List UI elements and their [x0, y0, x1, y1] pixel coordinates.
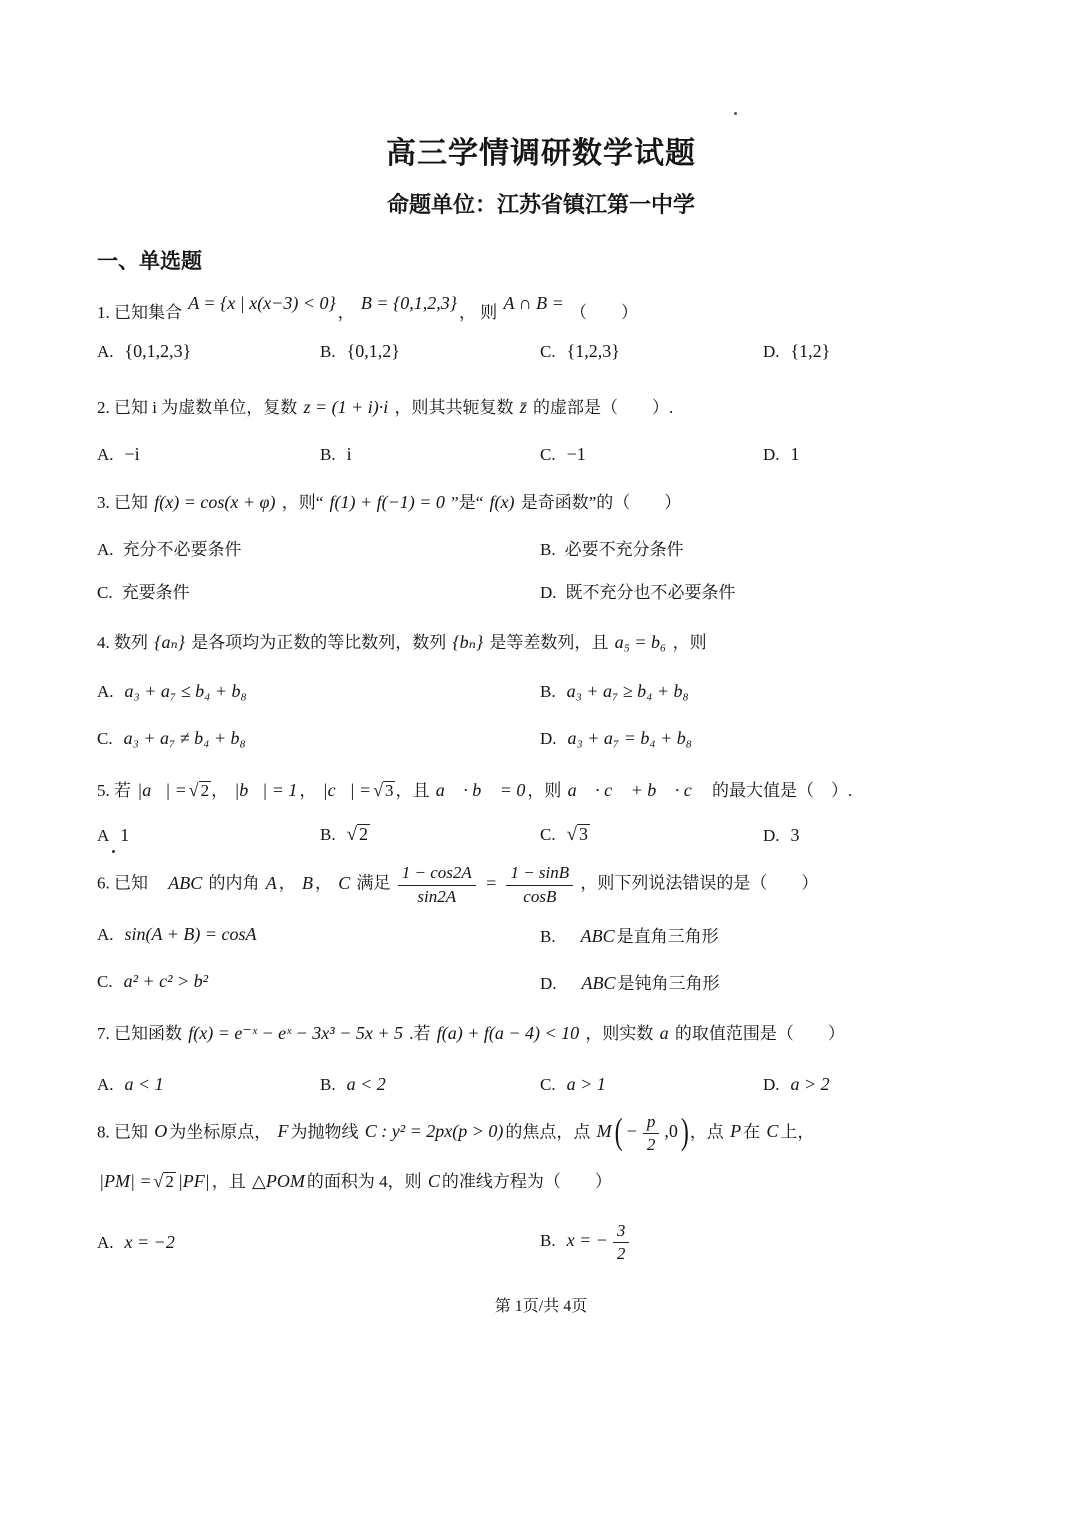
option-math: ABC	[579, 926, 617, 946]
stem-text: 是等差数列，且	[489, 633, 608, 652]
math-vector-c-norm: |c⃗| =	[321, 780, 374, 800]
math-triangle-pom: △POM	[250, 1171, 307, 1191]
math-curve-c: C	[426, 1171, 442, 1191]
option-value: a > 1	[565, 1074, 608, 1094]
radical-sign: √	[154, 1171, 164, 1191]
answer-blank: ，则下列说法错误的是（ ）	[580, 874, 818, 893]
option-label: D.	[763, 826, 780, 845]
fraction-3-over-2: 32	[610, 1220, 633, 1265]
answer-blank: 的虚部是（ ）.	[533, 398, 673, 417]
option-c: C.√3	[540, 824, 763, 846]
fraction-numerator: 3	[613, 1220, 630, 1242]
option-label: A.	[97, 925, 114, 944]
stem-text: 8. 已知	[97, 1122, 148, 1141]
option-label: B.	[320, 825, 336, 844]
option-b: B.ABC是直角三角形	[540, 922, 985, 947]
option-b: B.a < 2	[320, 1074, 540, 1095]
sqrt-radical: √3	[565, 824, 592, 844]
option-value: a > 2	[789, 1074, 832, 1094]
question-1-options: A.{0,1,2,3} B.{0,1,2} C.{1,2,3} D.{1,2}	[97, 341, 985, 362]
math-focus-f: F	[276, 1121, 291, 1141]
stem-text: 则	[480, 303, 497, 322]
stem-text: ”是“	[451, 493, 483, 512]
option-d: D.既不充分也不必要条件	[540, 578, 985, 603]
question-3: 3. 已知 f(x) = cos(x + φ) ，则“ f(1) + f(−1)…	[97, 489, 985, 603]
question-7: 7. 已知函数 f(x) = e⁻ˣ − eˣ − 3x³ − 5x + 5 .…	[97, 1020, 985, 1095]
math-var-a: a	[658, 1023, 671, 1043]
radical-sign: √	[567, 824, 577, 845]
fraction-right: 1 − sinBcosB	[503, 862, 576, 907]
option-math: ABC	[580, 973, 618, 993]
minus-sign: −	[624, 1121, 640, 1141]
option-label: D.	[540, 974, 557, 993]
stem-text: 的面积为 4，则	[307, 1172, 422, 1191]
option-value: 充分不必要条件	[123, 540, 242, 559]
option-d: D.ABC是钝角三角形	[540, 969, 985, 994]
stem-text: 4. 数列	[97, 633, 148, 652]
option-d: D.3	[763, 825, 985, 846]
stem-text: 5. 若	[97, 781, 131, 800]
sqrt-radical: √2	[154, 1172, 176, 1191]
math-function: f(x) = cos(x + φ)	[152, 492, 277, 512]
option-math: sin(A + B) = cosA	[123, 924, 259, 944]
math-angle-a: A	[264, 873, 279, 893]
answer-blank: 的最大值是（ ）.	[712, 781, 852, 800]
math-pf: |PF|	[176, 1171, 212, 1191]
option-label: C.	[540, 445, 556, 464]
option-a: A.a₃ + a₇ ≤ b₄ + b₈	[97, 681, 540, 702]
option-text: 是直角三角形	[617, 927, 719, 946]
stem-text: ，且	[395, 781, 429, 800]
option-label: B.	[320, 342, 336, 361]
fraction-numerator: p	[643, 1111, 660, 1133]
option-label: C.	[540, 1075, 556, 1094]
option-d: D.a₃ + a₇ = b₄ + b₈	[540, 728, 985, 749]
radical-sign: √	[347, 824, 357, 845]
option-label: A.	[97, 1233, 114, 1252]
question-8-stem-line1: 8. 已知 O为坐标原点， F为抛物线 C : y² = 2px(p > 0)的…	[97, 1111, 985, 1156]
option-a: A1	[97, 825, 320, 846]
math-triangle-abc: ABC	[166, 873, 204, 893]
question-8-stem-line2: |PM| =√2|PF|，且 △POM的面积为 4，则 C的准线方程为（ ）	[97, 1168, 985, 1196]
question-2-options: A.−i B.i C.−1 D.1	[97, 444, 985, 465]
comma: ，	[279, 874, 296, 893]
stem-text: 为坐标原点，	[169, 1122, 271, 1141]
sqrt-radical: √3	[373, 781, 395, 800]
option-math: a² + c² > b²	[122, 971, 210, 991]
option-text: 是钝角三角形	[618, 974, 720, 993]
answer-blank: 的取值范围是（ ）	[675, 1024, 845, 1043]
section-heading: 一、单选题	[97, 245, 985, 275]
math-point-p: P	[728, 1121, 743, 1141]
answer-blank: 是奇函数”的（ ）	[521, 493, 682, 512]
math-set-b: B = {0,1,2,3}	[359, 290, 459, 318]
stem-text: 满足	[357, 874, 391, 893]
question-7-stem: 7. 已知函数 f(x) = e⁻ˣ − eˣ − 3x³ − 5x + 5 .…	[97, 1020, 985, 1048]
comma: ，	[315, 874, 332, 893]
radicand: 2	[199, 781, 212, 801]
option-c: C.−1	[540, 444, 763, 465]
option-c: C.a² + c² > b²	[97, 971, 540, 992]
question-5: 5. 若 |a⃗| =√2， |b⃗| = 1， |c⃗| =√3，且 a⃗ ·…	[97, 777, 985, 847]
radical-sign: √	[373, 780, 383, 800]
question-1: 1. 已知集合 A = {x | x(x−3) < 0}， B = {0,1,2…	[97, 299, 985, 362]
math-condition: f(1) + f(−1) = 0	[328, 492, 447, 512]
option-b: B.{0,1,2}	[320, 341, 540, 362]
fraction-denominator: cosB	[506, 885, 573, 908]
fraction-p-over-2: p2	[640, 1111, 663, 1156]
math-conjugate: z̄	[518, 397, 529, 417]
fraction-denominator: 2	[643, 1133, 660, 1156]
option-value: −1	[565, 444, 588, 464]
math-pm-equals: |PM| =	[97, 1171, 154, 1191]
option-label: C.	[540, 342, 556, 361]
option-label: B.	[540, 540, 556, 559]
comma: ，	[211, 781, 228, 800]
option-value: {0,1,2}	[345, 341, 402, 361]
math-origin-o: O	[152, 1121, 169, 1141]
option-label: A.	[97, 540, 114, 559]
option-value: a₃ + a₇ = b₄ + b₈	[566, 728, 694, 748]
stem-text: 上，	[780, 1122, 814, 1141]
question-3-options-row1: A.充分不必要条件 B.必要不充分条件	[97, 535, 985, 560]
big-paren-open: (	[614, 1104, 624, 1162]
question-8-options: A.x = −2 B.x = −32	[97, 1220, 985, 1265]
question-2: 2. 已知 i 为虚数单位，复数 z = (1 + i)·i ，则其共轭复数 z…	[97, 394, 985, 465]
option-value: a₃ + a₇ ≥ b₄ + b₈	[565, 681, 691, 701]
option-label: A.	[97, 1075, 114, 1094]
math-function-def: f(x) = e⁻ˣ − eˣ − 3x³ − 5x + 5	[186, 1023, 405, 1043]
stray-dot-artifact	[112, 850, 115, 853]
option-label: B.	[540, 927, 556, 946]
option-label: B.	[540, 682, 556, 701]
stem-text: ，则其共轭复数	[395, 398, 514, 417]
option-b: B.a₃ + a₇ ≥ b₄ + b₈	[540, 681, 985, 702]
question-3-options-row2: C.充要条件 D.既不充分也不必要条件	[97, 578, 985, 603]
radicand: 2	[357, 824, 370, 845]
option-b: B.√2	[320, 824, 540, 846]
stem-text: 3. 已知	[97, 493, 148, 512]
math-parabola: C : y² = 2px(p > 0)	[363, 1121, 506, 1141]
footer-page-number: 第 1页/共 4页	[97, 1293, 985, 1316]
option-d: D.{1,2}	[763, 341, 985, 362]
question-7-options: A.a < 1 B.a < 2 C.a > 1 D.a > 2	[97, 1074, 985, 1095]
option-value: {1,2,3}	[565, 341, 622, 361]
option-b: B.i	[320, 444, 540, 465]
math-intersection: A ∩ B =	[501, 290, 565, 318]
question-1-stem: 1. 已知集合 A = {x | x(x−3) < 0}， B = {0,1,2…	[97, 299, 985, 327]
option-label: D.	[763, 342, 780, 361]
option-label: B.	[320, 1075, 336, 1094]
fraction-denominator: 2	[613, 1242, 630, 1265]
stem-text: ，则“	[282, 493, 324, 512]
equals-sign: =	[483, 873, 499, 893]
math-vector-a-norm: |a⃗| =	[135, 780, 189, 800]
comma: ，	[299, 781, 316, 800]
option-value: 1	[789, 444, 802, 464]
option-label: B.	[320, 445, 336, 464]
answer-blank: （ ）	[570, 303, 638, 322]
coordinate-zero: ,0	[662, 1121, 680, 1141]
stem-text: 7. 已知函数	[97, 1024, 182, 1043]
option-label: C.	[97, 729, 113, 748]
option-label: D.	[540, 583, 557, 602]
option-c: C.a > 1	[540, 1074, 763, 1095]
stem-text: ，则实数	[585, 1024, 653, 1043]
option-a: A.x = −2	[97, 1232, 540, 1253]
option-value: i	[345, 444, 354, 464]
question-8: 8. 已知 O为坐标原点， F为抛物线 C : y² = 2px(p > 0)的…	[97, 1111, 985, 1265]
stem-text: ，则	[527, 781, 561, 800]
stem-text: 的内角	[209, 874, 260, 893]
comma: ，	[338, 303, 355, 322]
page-subtitle: 命题单位：江苏省镇江第一中学	[97, 188, 985, 219]
option-b: B.必要不充分条件	[540, 535, 985, 560]
option-value: {0,1,2,3}	[123, 341, 194, 361]
exam-page: 高三学情调研数学试题 命题单位：江苏省镇江第一中学 一、单选题 1. 已知集合 …	[0, 0, 1080, 1527]
option-label: C.	[97, 972, 113, 991]
math-vector-b-norm: |b⃗| = 1	[232, 780, 299, 800]
math-a5-b6: a₅ = b₆	[613, 632, 669, 652]
question-6-options-row2: C.a² + c² > b² D.ABC是钝角三角形	[97, 969, 985, 994]
option-value: {1,2}	[789, 341, 833, 361]
option-value: −i	[123, 444, 142, 464]
sqrt-radical: √2	[345, 824, 372, 844]
math-inequality: f(a) + f(a − 4) < 10	[435, 1023, 581, 1043]
comma: ，	[459, 303, 476, 322]
option-value: x = −2	[123, 1232, 177, 1252]
option-value: a₃ + a₇ ≤ b₄ + b₈	[123, 681, 249, 701]
stem-text: 是各项均为正数的等比数列，数列	[191, 633, 446, 652]
math-seq-a: {aₙ}	[152, 632, 187, 652]
stem-text: 6. 已知	[97, 874, 148, 893]
page-title: 高三学情调研数学试题	[97, 0, 985, 172]
stem-text: ，则	[673, 633, 707, 652]
option-value: 1	[118, 825, 131, 845]
big-paren-close: )	[680, 1104, 690, 1162]
question-4: 4. 数列 {aₙ} 是各项均为正数的等比数列，数列 {bₙ} 是等差数列，且 …	[97, 629, 985, 749]
math-seq-b: {bₙ}	[450, 632, 485, 652]
option-a: A.sin(A + B) = cosA	[97, 924, 540, 945]
option-label: A.	[97, 342, 114, 361]
option-label: C.	[540, 825, 556, 844]
option-c: C.充要条件	[97, 578, 540, 603]
stem-text: ，点	[690, 1122, 724, 1141]
option-a: A.−i	[97, 444, 320, 465]
stem-text: .若	[409, 1024, 430, 1043]
question-4-options-row2: C.a₃ + a₇ ≠ b₄ + b₈ D.a₃ + a₇ = b₄ + b₈	[97, 728, 985, 749]
math-point-m: M	[595, 1121, 614, 1141]
fraction-numerator: 1 − cos2A	[398, 862, 476, 884]
math-curve-c: C	[764, 1121, 780, 1141]
question-5-stem: 5. 若 |a⃗| =√2， |b⃗| = 1， |c⃗| =√3，且 a⃗ ·…	[97, 777, 985, 805]
option-value: 充要条件	[122, 583, 190, 602]
option-value: a < 1	[123, 1074, 166, 1094]
stem-text: 1. 已知集合	[97, 303, 182, 322]
option-label: A	[97, 826, 109, 845]
option-d: D.a > 2	[763, 1074, 985, 1095]
option-a: A.a < 1	[97, 1074, 320, 1095]
option-value: a₃ + a₇ ≠ b₄ + b₈	[122, 728, 248, 748]
stem-text: 在	[743, 1122, 760, 1141]
stem-text: 为抛物线	[291, 1122, 359, 1141]
option-a: A.充分不必要条件	[97, 535, 540, 560]
option-value: 既不充分也不必要条件	[566, 583, 736, 602]
math-fx: f(x)	[488, 492, 517, 512]
stem-text: ，且	[212, 1172, 246, 1191]
question-6-stem: 6. 已知 ABC 的内角 A， B， C 满足 1 − cos2Asin2A …	[97, 862, 985, 907]
math-angle-c: C	[336, 873, 352, 893]
option-c: C.a₃ + a₇ ≠ b₄ + b₈	[97, 728, 540, 749]
option-value-prefix: x = −	[565, 1230, 610, 1250]
stem-text: 的焦点，点	[505, 1122, 590, 1141]
question-4-options-row1: A.a₃ + a₇ ≤ b₄ + b₈ B.a₃ + a₇ ≥ b₄ + b₈	[97, 681, 985, 702]
fraction-denominator: sin2A	[398, 885, 476, 908]
radicand: 2	[163, 1172, 176, 1192]
option-label: D.	[763, 445, 780, 464]
answer-blank: 的准线方程为（ ）	[442, 1172, 612, 1191]
stem-text: 2. 已知 i 为虚数单位，复数	[97, 398, 297, 417]
question-3-stem: 3. 已知 f(x) = cos(x + φ) ，则“ f(1) + f(−1)…	[97, 489, 985, 517]
option-label: C.	[97, 583, 113, 602]
option-label: A.	[97, 445, 114, 464]
sqrt-radical: √2	[189, 781, 211, 800]
math-set-a: A = {x | x(x−3) < 0}	[186, 290, 337, 318]
question-2-stem: 2. 已知 i 为虚数单位，复数 z = (1 + i)·i ，则其共轭复数 z…	[97, 394, 985, 422]
math-angle-b: B	[300, 873, 315, 893]
question-5-options: A1 B.√2 C.√3 D.3	[97, 824, 985, 846]
option-value: 必要不充分条件	[565, 540, 684, 559]
option-label: D.	[540, 729, 557, 748]
option-label: A.	[97, 682, 114, 701]
option-value: 3	[789, 825, 802, 845]
question-6-options-row1: A.sin(A + B) = cosA B.ABC是直角三角形	[97, 922, 985, 947]
stray-dot-artifact	[734, 112, 737, 115]
math-complex-z: z = (1 + i)·i	[301, 397, 390, 417]
question-4-stem: 4. 数列 {aₙ} 是各项均为正数的等比数列，数列 {bₙ} 是等差数列，且 …	[97, 629, 985, 657]
option-c: C.{1,2,3}	[540, 341, 763, 362]
fraction-left: 1 − cos2Asin2A	[395, 862, 479, 907]
option-a: A.{0,1,2,3}	[97, 341, 320, 362]
radicand: 3	[383, 781, 396, 801]
option-label: B.	[540, 1231, 556, 1250]
option-label: D.	[763, 1075, 780, 1094]
radical-sign: √	[189, 780, 199, 800]
question-6: 6. 已知 ABC 的内角 A， B， C 满足 1 − cos2Asin2A …	[97, 862, 985, 993]
option-value: a < 2	[345, 1074, 388, 1094]
math-dot-product: a⃗ · b⃗ = 0	[434, 780, 528, 800]
option-d: D.1	[763, 444, 985, 465]
fraction-numerator: 1 − sinB	[506, 862, 573, 884]
option-b: B.x = −32	[540, 1220, 985, 1265]
radicand: 3	[577, 824, 590, 845]
math-sum-expression: a⃗ · c⃗ + b⃗ · c⃗	[566, 780, 708, 800]
